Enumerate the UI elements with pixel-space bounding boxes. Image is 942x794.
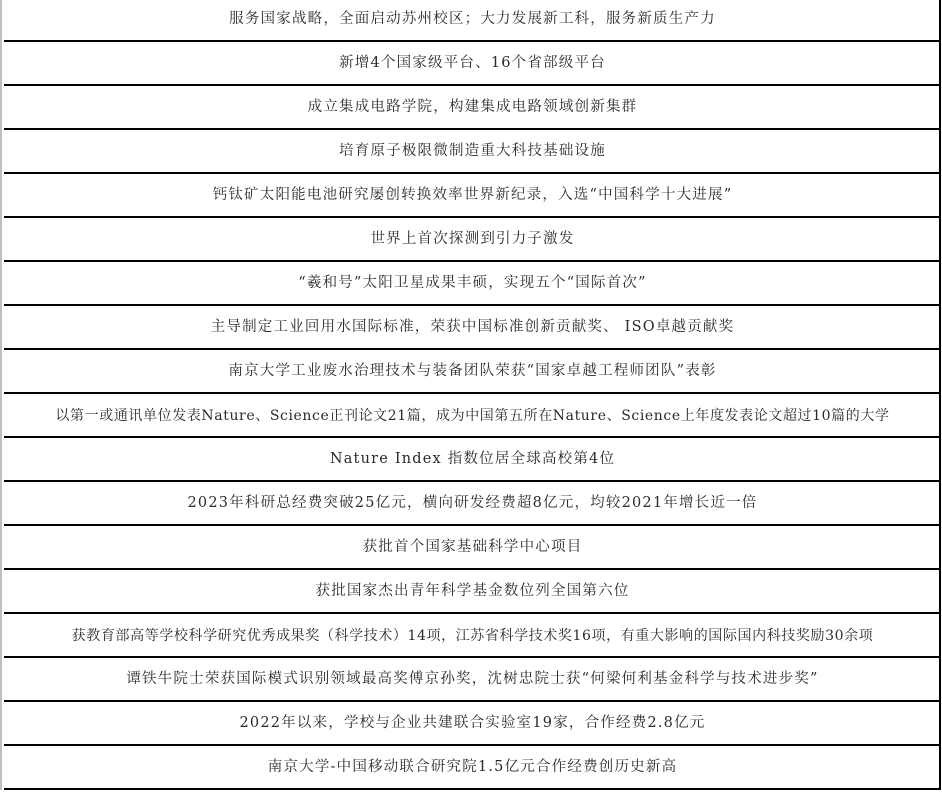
- table-cell: 获批国家杰出青年科学基金数位列全国第六位: [316, 583, 630, 599]
- table-row: 获教育部高等学校科学研究优秀成果奖（科学技术）14项，江苏省科学技术奖16项，有…: [4, 614, 941, 658]
- table-cell: 获教育部高等学校科学研究优秀成果奖（科学技术）14项，江苏省科学技术奖16项，有…: [72, 628, 874, 643]
- table-cell: 谭铁牛院士荣获国际模式识别领域最高奖傅京孙奖，沈树忠院士获“何梁何利基金科学与技…: [126, 671, 818, 687]
- table-row: 主导制定工业回用水国际标准，荣获中国标准创新贡献奖、 ISO卓越贡献奖: [4, 306, 941, 350]
- table-row: 成立集成电路学院，构建集成电路领域创新集群: [4, 86, 941, 130]
- table-cell: 2023年科研总经费突破25亿元，横向研发经费超8亿元，均较2021年增长近一倍: [188, 495, 758, 511]
- table-cell: 主导制定工业回用水国际标准，荣获中国标准创新贡献奖、 ISO卓越贡献奖: [211, 319, 735, 335]
- table-cell: “羲和号”太阳卫星成果丰硕，实现五个“国际首次”: [298, 275, 646, 291]
- table-cell: 南京大学-中国移动联合研究院1.5亿元合作经费创历史新高: [268, 759, 678, 775]
- table-row: 服务国家战略，全面启动苏州校区；大力发展新工科，服务新质生产力: [4, 0, 941, 42]
- table-row: Nature Index 指数位居全球高校第4位: [4, 438, 941, 482]
- table-row: 南京大学工业废水治理技术与装备团队荣获“国家卓越工程师团队”表彰: [4, 350, 941, 394]
- table-row: 获批首个国家基础科学中心项目: [4, 526, 941, 570]
- table-row: 以第一或通讯单位发表Nature、Science正刊论文21篇，成为中国第五所在…: [4, 394, 941, 438]
- table-cell: 2022年以来，学校与企业共建联合实验室19家，合作经费2.8亿元: [239, 715, 705, 731]
- table-cell: 服务国家战略，全面启动苏州校区；大力发展新工科，服务新质生产力: [229, 11, 716, 27]
- table-cell: Nature Index 指数位居全球高校第4位: [330, 451, 615, 467]
- table-row: 新增4个国家级平台、16个省部级平台: [4, 42, 941, 86]
- table-row: 2022年以来，学校与企业共建联合实验室19家，合作经费2.8亿元: [4, 702, 941, 746]
- achievements-table: 服务国家战略，全面启动苏州校区；大力发展新工科，服务新质生产力 新增4个国家级平…: [4, 0, 941, 790]
- table-cell: 南京大学工业废水治理技术与装备团队荣获“国家卓越工程师团队”表彰: [228, 363, 716, 379]
- table-cell: 以第一或通讯单位发表Nature、Science正刊论文21篇，成为中国第五所在…: [55, 408, 889, 423]
- table-row: 获批国家杰出青年科学基金数位列全国第六位: [4, 570, 941, 614]
- table-row: “羲和号”太阳卫星成果丰硕，实现五个“国际首次”: [4, 262, 941, 306]
- table-cell: 世界上首次探测到引力子激发: [370, 231, 574, 247]
- table-row: 培育原子极限微制造重大科技基础设施: [4, 130, 941, 174]
- table-cell: 成立集成电路学院，构建集成电路领域创新集群: [308, 99, 638, 115]
- achievements-table-frame: 服务国家战略，全面启动苏州校区；大力发展新工科，服务新质生产力 新增4个国家级平…: [0, 0, 941, 790]
- table-row: 2023年科研总经费突破25亿元，横向研发经费超8亿元，均较2021年增长近一倍: [4, 482, 941, 526]
- table-row: 谭铁牛院士荣获国际模式识别领域最高奖傅京孙奖，沈树忠院士获“何梁何利基金科学与技…: [4, 658, 941, 702]
- table-row: 世界上首次探测到引力子激发: [4, 218, 941, 262]
- table-cell: 获批首个国家基础科学中心项目: [363, 539, 583, 555]
- table-cell: 钙钛矿太阳能电池研究屡创转换效率世界新纪录，入选“中国科学十大进展”: [213, 187, 733, 203]
- table-row: 钙钛矿太阳能电池研究屡创转换效率世界新纪录，入选“中国科学十大进展”: [4, 174, 941, 218]
- table-row: 南京大学-中国移动联合研究院1.5亿元合作经费创历史新高: [4, 746, 941, 790]
- table-cell: 新增4个国家级平台、16个省部级平台: [339, 55, 606, 71]
- table-cell: 培育原子极限微制造重大科技基础设施: [339, 143, 606, 159]
